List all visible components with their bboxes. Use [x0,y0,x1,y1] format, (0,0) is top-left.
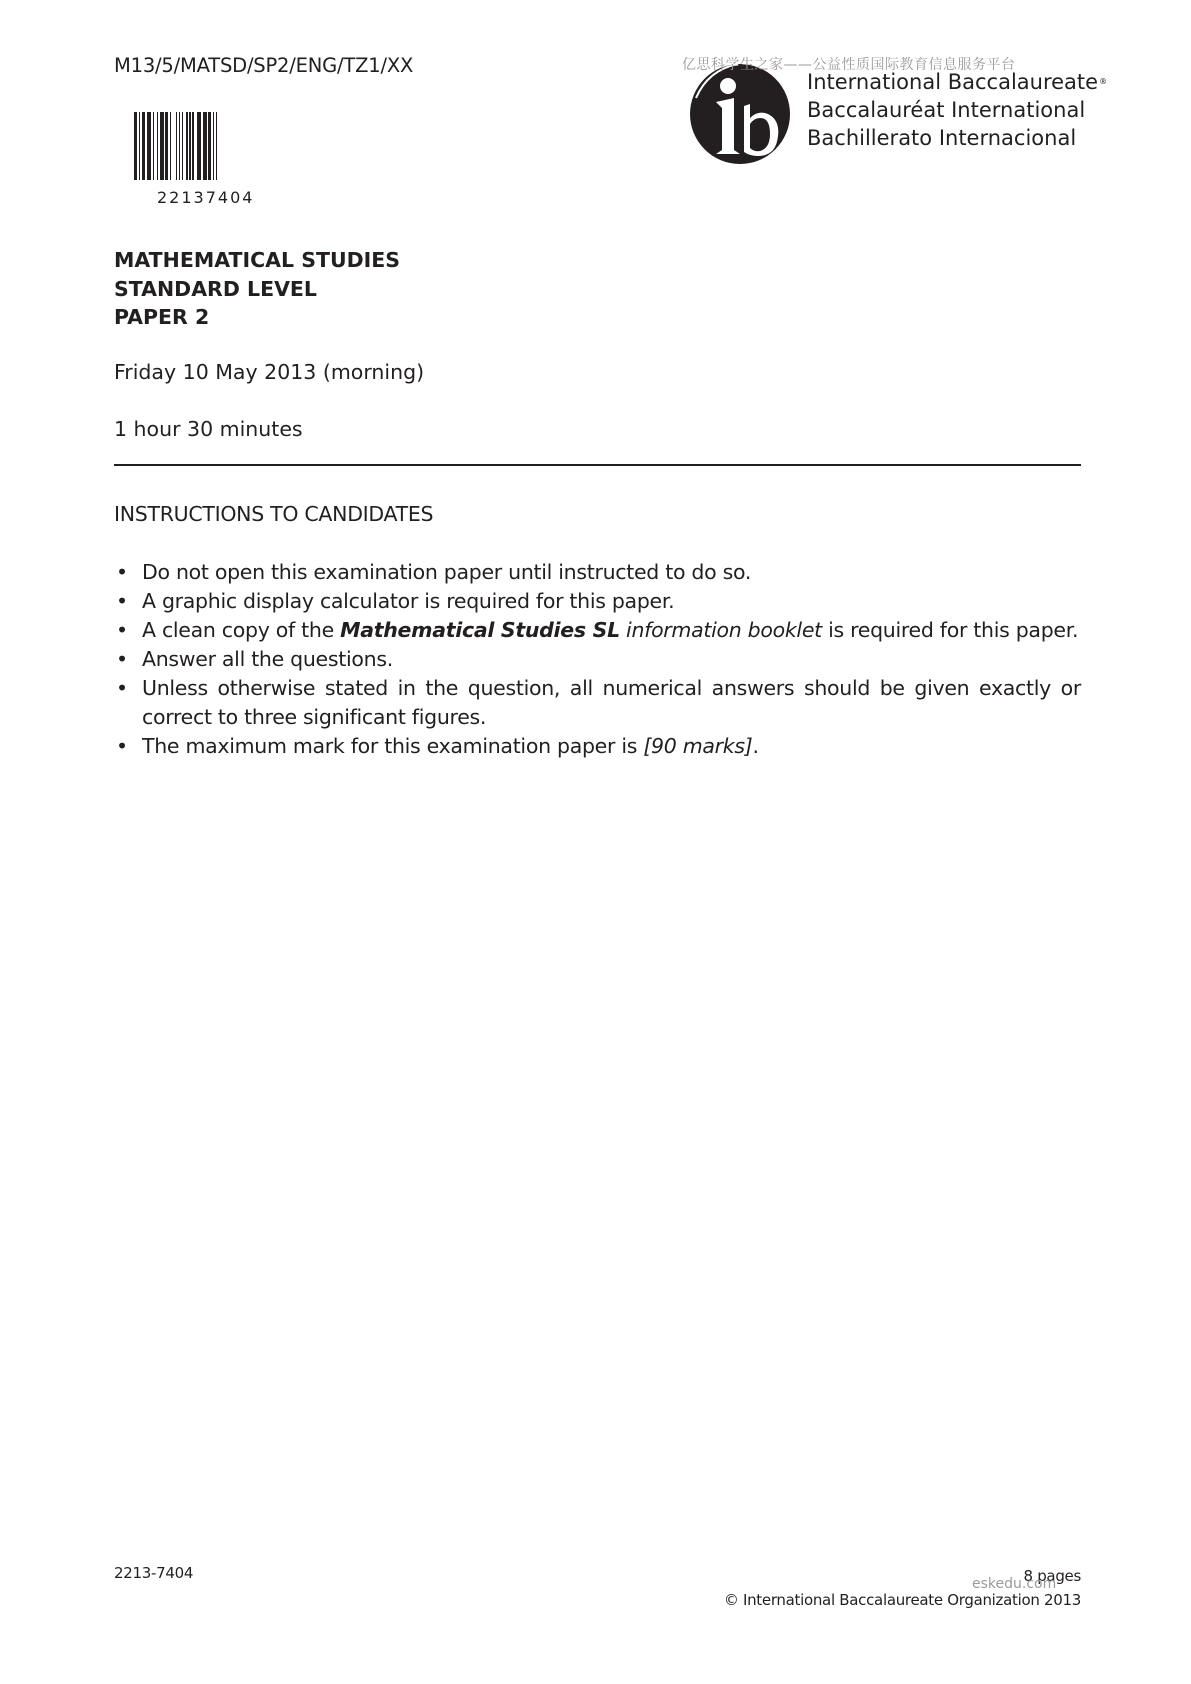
instruction-bold-italic: Mathematical Studies SL [340,618,620,642]
exam-date: Friday 10 May 2013 (morning) [114,360,424,384]
instruction-item: •The maximum mark for this examination p… [114,732,1081,761]
instructions-list: •Do not open this examination paper unti… [114,558,1081,761]
logo-line-1: International Baccalaureate [807,70,1098,94]
instruction-text: A graphic display calculator is required… [142,589,674,613]
barcode-icon [134,112,316,180]
footer-code: 2213-7404 [114,1564,193,1582]
instruction-italic: [90 marks] [643,734,752,758]
bullet-icon: • [116,558,128,587]
instruction-post: . [752,734,758,758]
paper-code: M13/5/MATSD/SP2/ENG/TZ1/XX [114,54,413,77]
level-title: STANDARD LEVEL [114,275,400,304]
ib-logo-text: International Baccalaureate® Baccalauréa… [807,68,1106,152]
logo-line-3: Bachillerato Internacional [807,124,1106,152]
instruction-item: •A graphic display calculator is require… [114,587,1081,616]
subject-title: MATHEMATICAL STUDIES [114,246,400,275]
bullet-icon: • [116,645,128,674]
paper-title: MATHEMATICAL STUDIES STANDARD LEVEL PAPE… [114,246,400,332]
instruction-text: Answer all the questions. [142,647,393,671]
logo-line-2: Baccalauréat International [807,96,1106,124]
footer-watermark: eskedu.com [972,1576,1056,1592]
divider [114,464,1081,466]
registered-mark-icon: ® [1099,77,1107,86]
bullet-icon: • [116,587,128,616]
barcode-number: 22137404 [157,188,254,207]
bullet-icon: • [116,616,128,645]
paper-number: PAPER 2 [114,303,400,332]
bullet-icon: • [116,732,128,761]
instruction-item: •Do not open this examination paper unti… [114,558,1081,587]
instruction-item: •A clean copy of the Mathematical Studie… [114,616,1081,645]
instruction-post: is required for this paper. [822,618,1078,642]
instruction-item: •Unless otherwise stated in the question… [114,674,1081,732]
exam-duration: 1 hour 30 minutes [114,417,303,441]
bullet-icon: • [116,674,128,703]
instruction-italic: information booklet [620,618,822,642]
instructions-heading: INSTRUCTIONS TO CANDIDATES [114,502,433,526]
instruction-text: Do not open this examination paper until… [142,560,751,584]
instruction-pre: A clean copy of the [142,618,340,642]
instruction-text: Unless otherwise stated in the question,… [142,676,1081,729]
instruction-pre: The maximum mark for this examination pa… [142,734,643,758]
instruction-item: •Answer all the questions. [114,645,1081,674]
ib-logo-icon [688,58,808,168]
